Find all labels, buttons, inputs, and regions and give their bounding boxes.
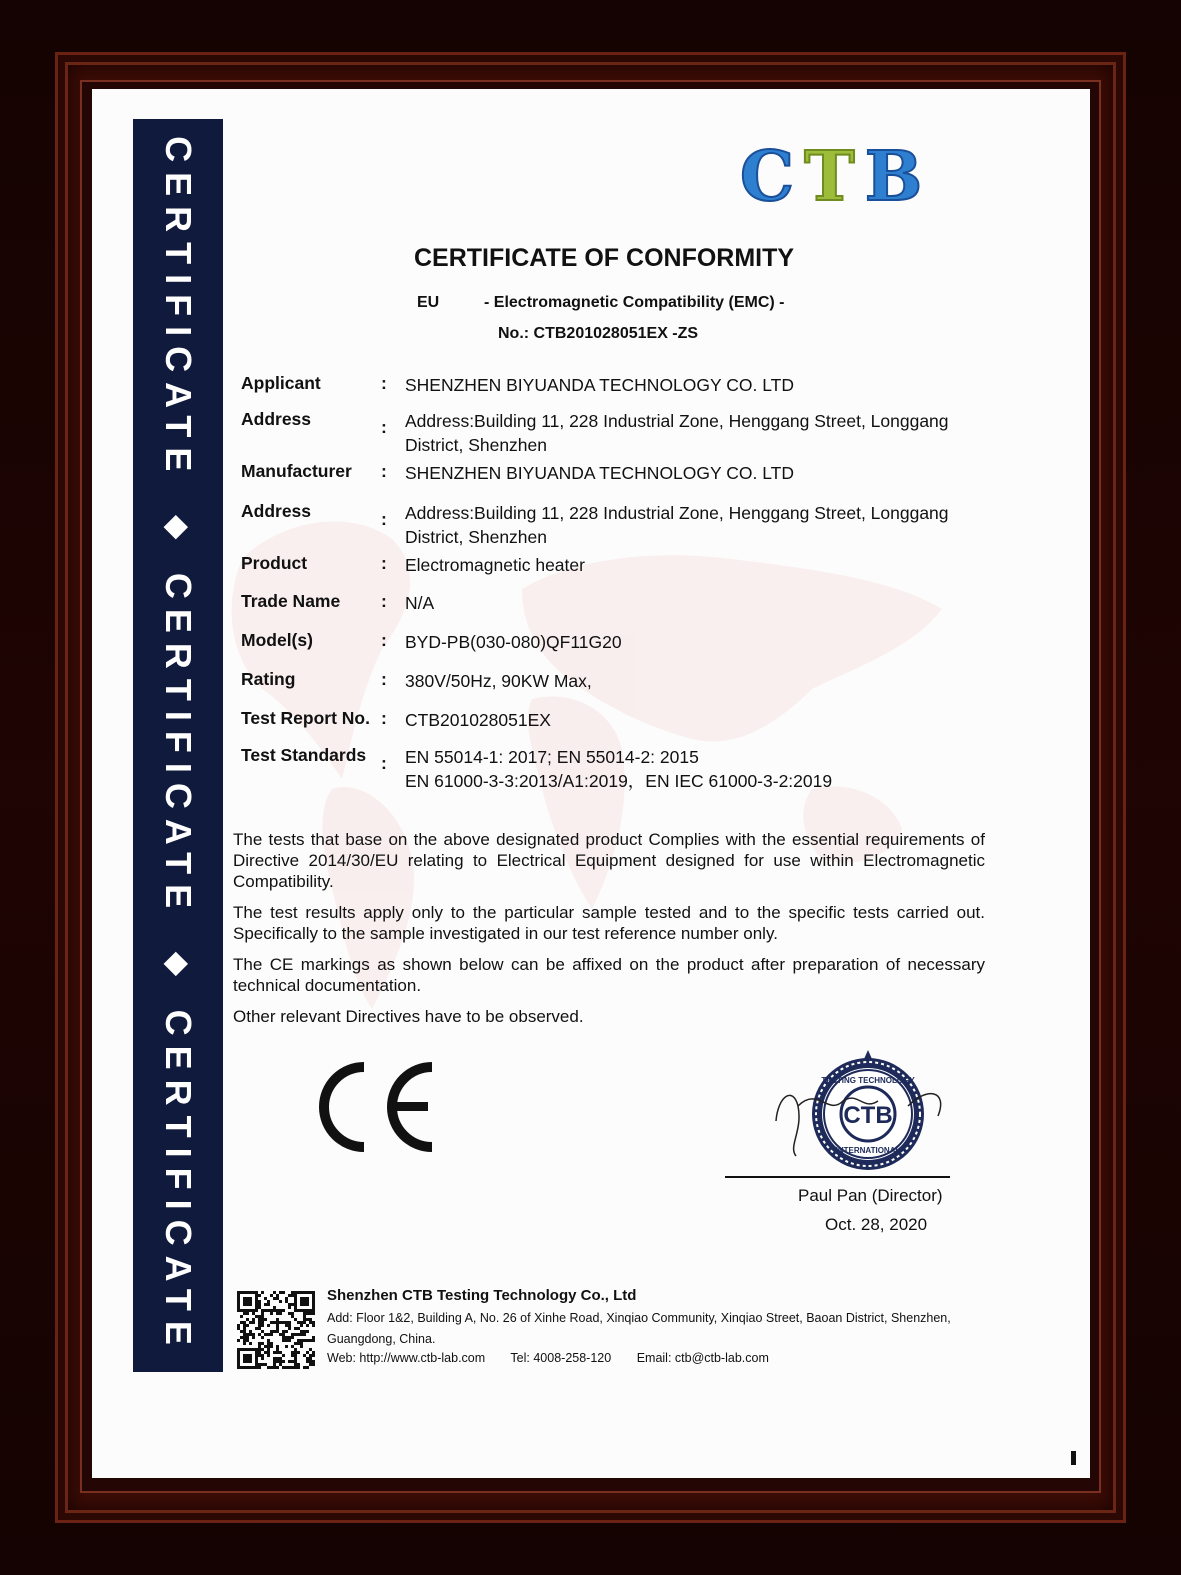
footer-contact: Web: http://www.ctb-lab.com Tel: 4008-25… <box>327 1351 1007 1365</box>
field-row: Rating:380V/50Hz, 90KW Max, <box>241 669 989 693</box>
diamond-icon: ◆ <box>161 952 196 975</box>
side-band-text: CERTIFICATE ◆ CERTIFICATE ◆ CERTIFICATE <box>133 119 223 1372</box>
field-value-line: SHENZHEN BIYUANDA TECHNOLOGY CO. LTD <box>405 461 989 485</box>
statement: The CE markings as shown below can be af… <box>233 954 985 996</box>
field-row: Trade Name:N/A <box>241 591 989 615</box>
field-value-line: District, Shenzhen <box>405 525 989 549</box>
field-label: Model(s) <box>241 630 381 654</box>
svg-text:TESTING TECHNOLOGY: TESTING TECHNOLOGY <box>821 1076 915 1085</box>
footer-company-info: Shenzhen CTB Testing Technology Co., Ltd… <box>327 1287 1007 1365</box>
signature-line <box>725 1176 950 1178</box>
side-band-word: CERTIFICATE <box>157 1010 199 1355</box>
field-colon: : <box>381 591 405 615</box>
field-value-line: 380V/50Hz, 90KW Max, <box>405 669 989 693</box>
field-value: EN 55014-1: 2017; EN 55014-2: 2015EN 610… <box>405 745 989 793</box>
field-label: Product <box>241 553 381 577</box>
logo-letter-c: C <box>740 137 804 217</box>
ce-mark-icon <box>312 1059 442 1154</box>
side-band: CERTIFICATE ◆ CERTIFICATE ◆ CERTIFICATE <box>133 119 223 1372</box>
ctb-logo: CTB <box>740 137 932 217</box>
field-value: Address:Building 11, 228 Industrial Zone… <box>405 501 989 549</box>
side-band-word: CERTIFICATE <box>157 136 199 481</box>
field-value-line: N/A <box>405 591 989 615</box>
field-colon: : <box>381 669 405 693</box>
region-label: EU <box>417 294 439 312</box>
svg-text:CTB: CTB <box>843 1102 892 1129</box>
footer-company-name: Shenzhen CTB Testing Technology Co., Ltd <box>327 1287 1007 1304</box>
footer-web: Web: http://www.ctb-lab.com <box>327 1351 485 1365</box>
corner-mark <box>1071 1451 1076 1465</box>
field-colon: : <box>381 501 405 549</box>
field-row: Applicant:SHENZHEN BIYUANDA TECHNOLOGY C… <box>241 373 989 397</box>
field-label: Manufacturer <box>241 461 381 485</box>
field-value-line: District, Shenzhen <box>405 433 989 457</box>
field-value-line: CTB201028051EX <box>405 708 989 732</box>
field-colon: : <box>381 553 405 577</box>
field-label: Trade Name <box>241 591 381 615</box>
field-value-line: EN 61000-3-3:2013/A1:2019，EN IEC 61000-3… <box>405 769 989 793</box>
field-row: Manufacturer:SHENZHEN BIYUANDA TECHNOLOG… <box>241 461 989 485</box>
field-value-line: BYD-PB(030-080)QF11G20 <box>405 630 989 654</box>
scope-label: - Electromagnetic Compatibility (EMC) - <box>484 294 784 312</box>
svg-text:INTERNATIONAL: INTERNATIONAL <box>836 1146 901 1155</box>
statement: The tests that base on the above designa… <box>233 829 985 892</box>
field-value-line: Address:Building 11, 228 Industrial Zone… <box>405 501 989 525</box>
certificate-title: CERTIFICATE OF CONFORMITY <box>414 244 794 273</box>
footer-tel: Tel: 4008-258-120 <box>510 1351 611 1365</box>
certificate-number: No.: CTB201028051EX -ZS <box>498 325 698 343</box>
signature-date: Oct. 28, 2020 <box>825 1215 927 1235</box>
field-label: Test Standards <box>241 745 381 793</box>
field-row: Test Standards:EN 55014-1: 2017; EN 5501… <box>241 745 989 793</box>
field-value-line: EN 55014-1: 2017; EN 55014-2: 2015 <box>405 745 989 769</box>
field-value: Address:Building 11, 228 Industrial Zone… <box>405 409 989 457</box>
field-label: Address <box>241 501 381 549</box>
field-row: Product:Electromagnetic heater <box>241 553 989 577</box>
field-row: Address:Address:Building 11, 228 Industr… <box>241 501 989 549</box>
statement: Other relevant Directives have to be obs… <box>233 1006 985 1027</box>
field-row: Model(s):BYD-PB(030-080)QF11G20 <box>241 630 989 654</box>
field-value-line: Address:Building 11, 228 Industrial Zone… <box>405 409 989 433</box>
logo-letter-t: T <box>804 137 865 217</box>
field-label: Applicant <box>241 373 381 397</box>
field-value: SHENZHEN BIYUANDA TECHNOLOGY CO. LTD <box>405 373 989 397</box>
field-value: CTB201028051EX <box>405 708 989 732</box>
field-value: Electromagnetic heater <box>405 553 989 577</box>
signer-name: Paul Pan (Director) <box>798 1186 943 1206</box>
logo-letter-b: B <box>865 137 932 217</box>
field-value-line: Electromagnetic heater <box>405 553 989 577</box>
field-colon: : <box>381 745 405 793</box>
field-value: 380V/50Hz, 90KW Max, <box>405 669 989 693</box>
field-label: Rating <box>241 669 381 693</box>
field-label: Test Report No. <box>241 708 381 732</box>
field-value: N/A <box>405 591 989 615</box>
footer-email: Email: ctb@ctb-lab.com <box>637 1351 769 1365</box>
field-row: Test Report No.:CTB201028051EX <box>241 708 989 732</box>
field-value: BYD-PB(030-080)QF11G20 <box>405 630 989 654</box>
field-colon: : <box>381 708 405 732</box>
certificate-document: CERTIFICATE ◆ CERTIFICATE ◆ CERTIFICATE … <box>92 89 1090 1478</box>
field-colon: : <box>381 373 405 397</box>
field-value: SHENZHEN BIYUANDA TECHNOLOGY CO. LTD <box>405 461 989 485</box>
statement: The test results apply only to the parti… <box>233 902 985 944</box>
field-colon: : <box>381 461 405 485</box>
diamond-icon: ◆ <box>161 516 196 539</box>
footer-address: Add: Floor 1&2, Building A, No. 26 of Xi… <box>327 1308 1007 1350</box>
field-row: Address:Address:Building 11, 228 Industr… <box>241 409 989 457</box>
compliance-statements: The tests that base on the above designa… <box>233 829 985 1037</box>
field-value-line: SHENZHEN BIYUANDA TECHNOLOGY CO. LTD <box>405 373 989 397</box>
company-seal-stamp: CTB TESTING TECHNOLOGY INTERNATIONAL <box>768 1046 968 1186</box>
field-colon: : <box>381 409 405 457</box>
qr-code-icon <box>237 1291 315 1369</box>
field-label: Address <box>241 409 381 457</box>
side-band-word: CERTIFICATE <box>157 573 199 918</box>
field-colon: : <box>381 630 405 654</box>
